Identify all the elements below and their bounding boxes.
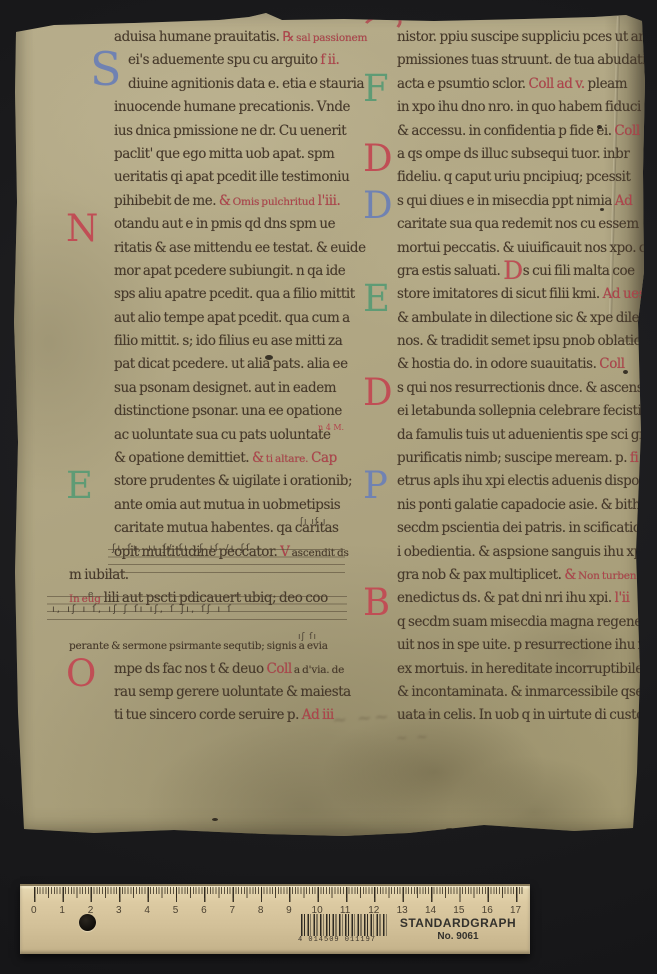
ruler-number: 17 — [510, 905, 521, 916]
text-line: & hostia do. in odore suauitatis. Coll — [397, 353, 655, 376]
text-line: sps aliu apatre pcedit. qua a filio mitt… — [114, 283, 362, 306]
text-segment: paclit' que ego mitta uob apat. spm — [114, 146, 334, 162]
text-segment: s qui diues e in misecdia ppt nimia — [397, 193, 612, 209]
text-segment: Coll ad v. — [526, 76, 585, 92]
text-segment: Omis pulchritud — [231, 196, 315, 208]
text-segment: ascendit ds — [289, 547, 348, 559]
text-segment: rau semp gerere uoluntate & maiesta — [114, 684, 351, 700]
photo-background: { "colors":{"ink":"#46392b","red":"#b242… — [0, 0, 657, 974]
text-segment: ante omia aut mutua in uobmetipsis — [114, 497, 340, 513]
text-segment: otandu aut e in pmis qd dns spm ue — [114, 216, 335, 232]
illuminated-initial: D — [363, 143, 393, 188]
text-segment: sua psonam designet. aut in eadem — [114, 380, 336, 396]
text-segment: i obedientia. & aspsione sanguis ihu xpi — [397, 544, 646, 560]
text-line: enedictus ds. & pat dni nri ihu xpi. l'i… — [397, 587, 655, 610]
text-line: i obedientia. & aspsione sanguis ihu xpi — [397, 541, 655, 564]
dirt-speck — [212, 818, 218, 821]
text-line: ei letabunda sollepnia celebrare fecisti — [397, 400, 655, 423]
text-line: opit multitudine peccator. V ascendit ds — [114, 541, 362, 564]
text-line: pihibebit de me. & Omis pulchritud l'iii… — [114, 190, 362, 213]
text-segment: purificatis nimb; suscipe meream. p. — [397, 450, 627, 466]
margin-annotation: ~ ~ — [396, 729, 431, 747]
text-segment: & incontaminata. & inmarcessibile qse — [397, 684, 643, 700]
text-line: ti tue sincero corde seruire p. Ad iii — [114, 704, 362, 727]
text-column-left: aduisa humane prauitatis. ℞ sal passione… — [114, 26, 362, 728]
text-line: distinctione psonar. una ee opatione — [114, 400, 362, 423]
text-segment: store imitatores di sicut filii kmi. — [397, 286, 600, 302]
text-segment: & — [249, 450, 263, 466]
text-line — [114, 611, 362, 634]
text-line: caritate mutua habentes. qa caritas — [114, 517, 362, 540]
text-line: ritatis & ase mittendu ee testat. & euid… — [114, 237, 362, 260]
ruler-number: 8 — [258, 905, 264, 916]
text-line: diuine agnitionis data e. etia e stauria — [114, 73, 362, 96]
text-segment: inuocende humane precationis. Vnde — [114, 99, 350, 115]
text-line: store prudentes & uigilate i orationib; — [114, 470, 362, 493]
text-segment: D — [503, 256, 523, 285]
text-segment: & hostia do. in odore suauitatis. — [397, 356, 596, 372]
text-segment: mor apat pcedere subiungit. n qa ide — [114, 263, 345, 279]
manuscript-page: aduisa humane prauitatis. ℞ sal passione… — [14, 12, 646, 836]
text-line: nistor. ppiu suscipe suppliciu pces ut a… — [397, 26, 655, 49]
text-block: Facta e psumtio sclor. Coll ad v. pleami… — [397, 73, 655, 143]
text-line: & opatione demittiet. & ti altare. Cap — [114, 447, 362, 470]
text-segment: l'iii. — [315, 193, 340, 209]
text-line: a qs ompe ds illuc subsequi tuor. inbr — [397, 143, 655, 166]
text-line: aduisa humane prauitatis. ℞ sal passione… — [114, 26, 362, 49]
text-segment: & accessu. in confidentia p fide ei. — [397, 123, 612, 139]
text-segment: V — [277, 544, 289, 560]
text-block: aduisa humane prauitatis. ℞ sal passione… — [114, 26, 362, 49]
text-block: Notandu aut e in pmis qd dns spm ueritat… — [114, 213, 362, 470]
text-segment: Ad iii — [299, 707, 334, 723]
illuminated-initial: P — [363, 470, 393, 515]
illuminated-initial: E — [363, 283, 393, 328]
text-block: Sei's aduemente spu cu arguito f ii.diui… — [114, 49, 362, 213]
text-segment: uit nos in spe uite. p resurrectione ihu… — [397, 637, 657, 653]
ruler-number: 4 — [144, 905, 150, 916]
text-line: rau semp gerere uoluntate & maiesta — [114, 681, 362, 704]
text-line: inuocende humane precationis. Vnde — [114, 96, 362, 119]
illuminated-initial: F — [363, 73, 393, 118]
ruler-number: 16 — [482, 905, 493, 916]
text-segment: sps aliu apatre pcedit. qua a filio mitt… — [114, 286, 355, 302]
illuminated-initial: E — [66, 470, 100, 515]
barcode-digits: 4 014509 011197 — [298, 936, 394, 944]
illuminated-initial: D — [363, 190, 393, 235]
text-segment: pleam — [585, 76, 627, 92]
text-segment: pmissiones tuas struunt. de tua abudatia — [397, 52, 654, 68]
text-segment: ius dnica pmissione ne dr. Cu uenerit — [114, 123, 346, 139]
text-segment: ueritatis qi apat pcedit ille testimoniu — [114, 169, 349, 185]
text-line: s qui nos resurrectionis dnce. & ascensi… — [397, 377, 655, 400]
dirt-speck — [597, 125, 602, 129]
text-segment: Ad ues — [600, 286, 645, 302]
text-segment: l'ii — [612, 590, 630, 606]
illuminated-initial: B — [363, 587, 393, 632]
ruler-number: 6 — [201, 905, 207, 916]
text-segment: f ii. — [318, 52, 340, 68]
dirt-speck — [623, 370, 628, 374]
text-segment: nistor. ppiu suscipe suppliciu pces ut a… — [397, 29, 651, 45]
text-line: ei's aduemente spu cu arguito f ii. — [114, 49, 362, 72]
text-segment: nis ponti galatie capadocie asie. & bith… — [397, 497, 657, 513]
text-segment: caritate mutua habentes. qa caritas — [114, 520, 339, 536]
text-segment: pihibebit de me. — [114, 193, 216, 209]
text-line: da famulis tuis ut aduenientis spe sci g… — [397, 424, 655, 447]
ruler-number: 14 — [425, 905, 436, 916]
text-line: uit nos in spe uite. p resurrectione ihu… — [397, 634, 655, 657]
text-line: caritate sua qua redemit nos cu essem — [397, 213, 655, 236]
text-line: pmissiones tuas struunt. de tua abudatia — [397, 49, 655, 72]
text-segment: ac uoluntate sua cu pats uoluntate — [114, 427, 331, 443]
text-line: pat dicat pcedere. ut alia pats. alia ee — [114, 353, 362, 376]
text-segment: aduisa humane prauitatis. — [114, 29, 280, 45]
dirt-speck — [600, 208, 604, 211]
text-segment: nos. & tradidit semet ipsu pnob oblatioi — [397, 333, 645, 349]
text-segment: acta e psumtio sclor. — [397, 76, 526, 92]
text-line: gra nob & pax multiplicet. & Non turben. — [397, 564, 655, 587]
ruler-number: 9 — [286, 905, 292, 916]
text-line: etrus apls ihu xpi electis aduenis dispo — [397, 470, 655, 493]
text-line: acta e psumtio sclor. Coll ad v. pleam — [397, 73, 655, 96]
text-segment: Ad — [612, 193, 632, 209]
text-line: mor apat pcedere subiungit. n qa ide — [114, 260, 362, 283]
text-segment: ti tue sincero corde seruire p. — [114, 707, 299, 723]
dirt-speck — [265, 355, 273, 360]
text-line: In eug lili aut pscti pdicauert ubiq; de… — [69, 587, 362, 610]
illuminated-initial: S — [90, 49, 128, 94]
text-block: Benedictus ds. & pat dni nri ihu xpi. l'… — [397, 587, 655, 727]
text-segment: enedictus ds. & pat dni nri ihu xpi. — [397, 590, 612, 606]
text-segment: ti altare. — [264, 453, 309, 465]
text-segment: diuine agnitionis data e. etia e stauria — [128, 76, 364, 92]
text-line: paclit' que ego mitta uob apat. spm — [114, 143, 362, 166]
text-segment: filio mittit. s; ido filius eu ase mitti… — [114, 333, 342, 349]
ruler-number: 15 — [453, 905, 464, 916]
text-segment: fi v — [627, 450, 648, 466]
text-segment: mpe ds fac nos t & deuo — [114, 661, 264, 677]
text-segment: uata in celis. In uob q in uirtute di cu… — [397, 707, 644, 723]
text-line: mortui peccatis. & uiuificauit nos xpo. … — [397, 237, 655, 260]
text-line: nis ponti galatie capadocie asie. & bith… — [397, 494, 655, 517]
text-segment: Cap — [308, 450, 337, 466]
text-line: sua psonam designet. aut in eadem — [114, 377, 362, 400]
text-segment: Coll — [264, 661, 292, 677]
ruler-hole — [79, 914, 96, 931]
text-segment: Coll — [596, 356, 624, 372]
text-segment: lili aut pscti pdicauert ubiq; deo coo — [101, 590, 328, 606]
text-segment: in xpo ihu dno nro. in quo habem fiduci — [397, 99, 641, 115]
text-line: purificatis nimb; suscipe meream. p. fi … — [397, 447, 655, 470]
text-segment: Coll — [612, 123, 640, 139]
text-line: store imitatores di sicut filii kmi. Ad … — [397, 283, 655, 306]
ruler-number: 5 — [173, 905, 179, 916]
dirt-speck — [445, 828, 454, 832]
text-segment: aut alio tempe apat pcedit. qua cum a — [114, 310, 350, 326]
text-segment: a qs ompe ds illuc subsequi tuor. inbr — [397, 146, 629, 162]
text-line: & ambulate in dilectione sic & xpe dilex… — [397, 307, 655, 330]
text-line: secdm pscientia dei patris. in scificati… — [397, 517, 655, 540]
text-segment: In eug — [69, 593, 101, 605]
ruler-number: 7 — [229, 905, 235, 916]
text-block: Petrus apls ihu xpi electis aduenis disp… — [397, 470, 655, 587]
text-line: mpe ds fac nos t & deuo Coll a d'via. de — [114, 658, 362, 681]
text-segment: perante & sermone psirmante sequtib; sig… — [69, 640, 328, 652]
text-segment: sal passionem — [294, 32, 367, 44]
illuminated-initial: O — [66, 658, 100, 703]
text-segment: ritatis & ase mittendu ee testat. & euid… — [114, 240, 366, 256]
illuminated-initial: N — [66, 213, 100, 258]
text-segment: q secdm suam misecdia magna regenera — [397, 614, 655, 630]
text-line: ueritatis qi apat pcedit ille testimoniu — [114, 166, 362, 189]
text-line: gra estis saluati. Ds cui fili malta coe — [397, 260, 655, 283]
text-segment: Non turben. — [576, 570, 640, 582]
text-segment: m iubilat. — [69, 567, 129, 583]
text-block: Estore prudentes & uigilate i orationib;… — [114, 470, 362, 657]
text-segment: etrus apls ihu xpi electis aduenis dispo — [397, 473, 639, 489]
text-line: fideliu. q caput uriu pncipiuq; pcessit — [397, 166, 655, 189]
text-line: otandu aut e in pmis qd dns spm ue — [114, 213, 362, 236]
text-column-right: nistor. ppiu suscipe suppliciu pces ut a… — [397, 26, 655, 728]
text-segment: & — [216, 193, 230, 209]
text-line: q secdm suam misecdia magna regenera — [397, 611, 655, 634]
text-segment: ei's aduemente spu cu arguito — [128, 52, 318, 68]
text-segment: opit multitudine peccator. — [114, 544, 277, 560]
ruler-number: 0 — [31, 905, 37, 916]
illuminated-initial: D — [363, 377, 393, 422]
text-segment: caritate sua qua redemit nos cu essem — [397, 216, 639, 232]
text-line: filio mittit. s; ido filius eu ase mitti… — [114, 330, 362, 353]
text-line: ex mortuis. in hereditate incorruptibile — [397, 658, 655, 681]
text-line: perante & sermone psirmante sequtib; sig… — [69, 634, 362, 657]
text-segment: store prudentes & uigilate i orationib; — [114, 473, 352, 489]
margin-annotation: ııı y 4 1 — [294, 5, 331, 17]
text-segment: mortui peccatis. & uiuificauit nos xpo. … — [397, 240, 657, 256]
text-line: ac uoluntate sua cu pats uoluntate — [114, 424, 362, 447]
ruler: 01234567891011121314151617 4 014509 0111… — [20, 884, 530, 954]
text-block: Ds qui diues e in misecdia ppt nimia Adc… — [397, 190, 655, 284]
text-segment: distinctione psonar. una ee opatione — [114, 403, 342, 419]
text-segment: ℞ — [280, 29, 295, 45]
text-segment: ex mortuis. in hereditate incorruptibile — [397, 661, 643, 677]
text-segment: da famulis tuis ut aduenientis spe sci g… — [397, 427, 653, 443]
text-segment: gra nob & pax multiplicet. — [397, 567, 562, 583]
ruler-number: 13 — [397, 905, 408, 916]
text-line: aut alio tempe apat pcedit. qua cum a — [114, 307, 362, 330]
ruler-number: 3 — [116, 905, 122, 916]
text-line: ius dnica pmissione ne dr. Cu uenerit — [114, 120, 362, 143]
text-block: Da qs ompe ds illuc subsequi tuor. inbrf… — [397, 143, 655, 190]
text-line: & incontaminata. & inmarcessibile qse — [397, 681, 655, 704]
text-block: Ds qui nos resurrectionis dnce. & ascens… — [397, 377, 655, 471]
text-segment: fideliu. q caput uriu pncipiuq; pcessit — [397, 169, 631, 185]
text-segment: & — [562, 567, 576, 583]
barcode — [301, 914, 389, 936]
text-segment: s cui fili malta coe — [523, 263, 635, 279]
text-segment: s qui nos resurrectionis dnce. & ascensi… — [397, 380, 657, 396]
text-line: uata in celis. In uob q in uirtute di cu… — [397, 704, 655, 727]
text-segment: a d'via. de — [292, 664, 344, 676]
text-segment: ei letabunda sollepnia celebrare fecisti — [397, 403, 641, 419]
ruler-number: 1 — [59, 905, 65, 916]
text-segment: & ambulate in dilectione sic & xpe dilex… — [397, 310, 650, 326]
text-block: Estore imitatores di sicut filii kmi. Ad… — [397, 283, 655, 377]
text-block: nistor. ppiu suscipe suppliciu pces ut a… — [397, 26, 655, 73]
text-segment: & opatione demittiet. — [114, 450, 249, 466]
ruler-model: No. 9061 — [398, 931, 518, 942]
text-line: in xpo ihu dno nro. in quo habem fiduci — [397, 96, 655, 119]
ruler-brand: STANDARDGRAPH — [398, 916, 518, 930]
text-line: ante omia aut mutua in uobmetipsis — [114, 494, 362, 517]
text-segment: pat dicat pcedere. ut alia pats. alia ee — [114, 356, 348, 372]
text-line: & accessu. in confidentia p fide ei. Col… — [397, 120, 655, 143]
text-line: nos. & tradidit semet ipsu pnob oblatioi — [397, 330, 655, 353]
text-line: s qui diues e in misecdia ppt nimia Ad — [397, 190, 655, 213]
text-segment: secdm pscientia dei patris. in scificati… — [397, 520, 657, 536]
ruler-ticks-cm — [34, 887, 524, 902]
text-line: m iubilat. — [69, 564, 362, 587]
text-block: Ompe ds fac nos t & deuo Coll a d'via. d… — [114, 658, 362, 728]
text-segment: gra estis saluati. — [397, 263, 503, 279]
